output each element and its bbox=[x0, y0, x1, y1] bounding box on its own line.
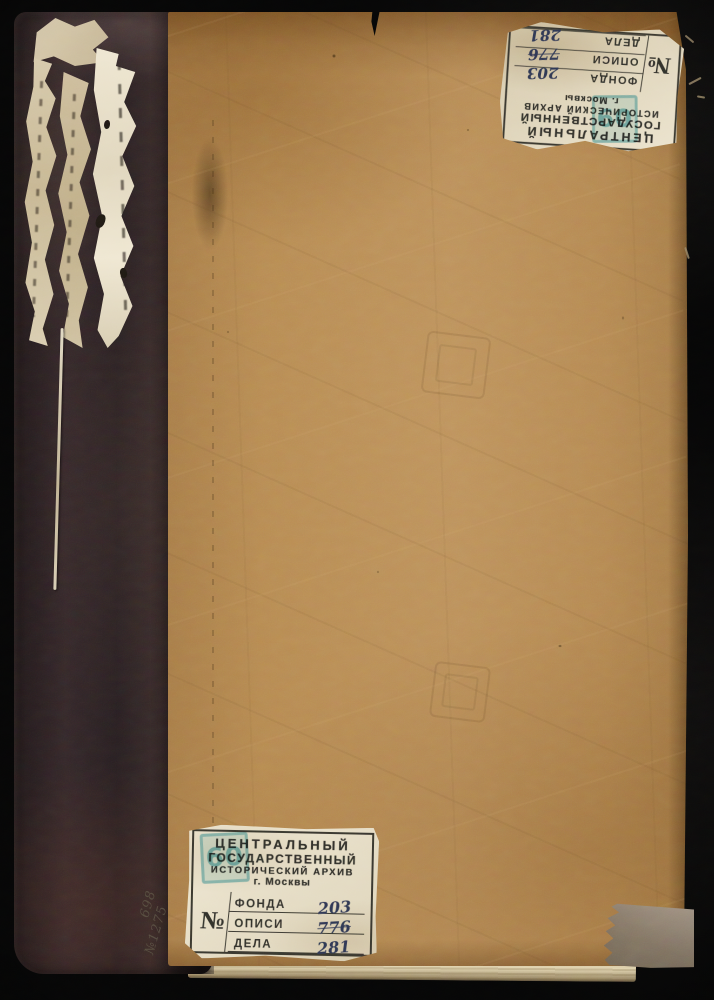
opis-field-label: ОПИСИ bbox=[591, 52, 639, 68]
fond-row: ФОНДА 203 bbox=[229, 892, 365, 915]
archive-label-top: ЦЕНТРАЛЬНЫЙ ГОСУДАРСТВЕННЫЙ ИСТОРИЧЕСКИЙ… bbox=[497, 20, 687, 159]
delo-field-value: 281 bbox=[316, 940, 350, 956]
stamp-digits: 60 bbox=[205, 842, 245, 874]
embossed-watermark bbox=[420, 330, 491, 399]
label-field-rows: ФОНДА 203 ОПИСИ 776 ДЕЛА 281 bbox=[513, 27, 646, 92]
cover-speckles bbox=[168, 12, 688, 966]
delo-field-label: ДЕЛА bbox=[603, 34, 640, 50]
embossed-watermark-inner bbox=[435, 344, 478, 386]
label-fields-table: № ФОНДА 203 ОПИСИ 776 ДЕЛА 281 bbox=[513, 27, 674, 94]
opis-row: ОПИСИ 776 bbox=[228, 912, 364, 935]
illegible-handwriting bbox=[32, 81, 43, 317]
opis-field-label: ОПИСИ bbox=[234, 917, 284, 932]
illegible-handwriting bbox=[65, 94, 76, 320]
archive-ink-stamp: 60 bbox=[592, 95, 638, 143]
stamp-digits: 60 bbox=[597, 105, 633, 134]
label-fields-table: № ФОНДА 203 ОПИСИ 776 ДЕЛА 281 bbox=[198, 891, 365, 954]
embossed-watermark bbox=[429, 661, 491, 723]
number-sign: № bbox=[640, 35, 677, 93]
delo-row: ДЕЛА 281 bbox=[228, 932, 364, 955]
embossed-watermark-inner bbox=[441, 673, 478, 710]
stray-fiber bbox=[697, 95, 705, 98]
archive-label-bottom: ЦЕНТРАЛЬНЫЙ ГОСУДАРСТВЕННЫЙ ИСТОРИЧЕСКИЙ… bbox=[185, 824, 380, 962]
archive-ink-stamp: 60 bbox=[200, 832, 250, 884]
number-sign: № bbox=[195, 891, 231, 952]
photo-of-archive-book-cover: ЦЕНТРАЛЬНЫЙ ГОСУДАРСТВЕННЫЙ ИСТОРИЧЕСКИЙ… bbox=[0, 0, 714, 1000]
fond-field-value: 203 bbox=[527, 66, 559, 80]
fond-field-label: ФОНДА bbox=[588, 71, 637, 87]
stray-fiber bbox=[688, 77, 701, 85]
fond-field-label: ФОНДА bbox=[235, 897, 286, 912]
delo-field-label: ДЕЛА bbox=[234, 937, 273, 952]
delo-field-value: 281 bbox=[529, 28, 561, 42]
label-field-rows: ФОНДА 203 ОПИСИ 776 ДЕЛА 281 bbox=[228, 892, 365, 955]
opis-field-value: 776 bbox=[528, 47, 560, 61]
